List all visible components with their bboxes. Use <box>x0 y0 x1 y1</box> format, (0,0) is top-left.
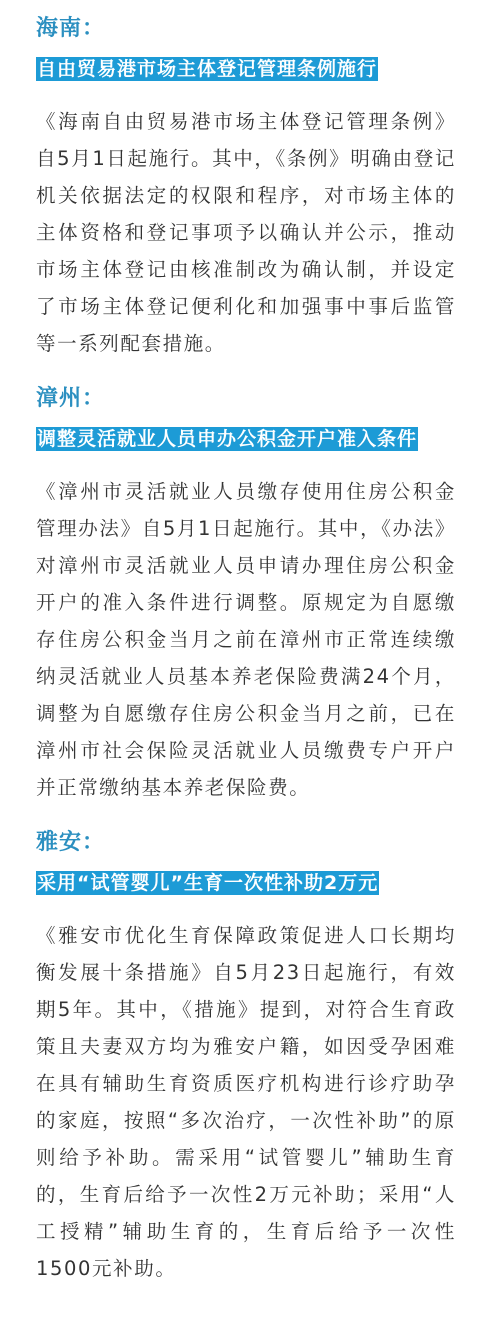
subtitle-wrap: 自由贸易港市场主体登记管理条例施行 <box>36 56 456 83</box>
section-hainan: 海南： 自由贸易港市场主体登记管理条例施行 《海南自由贸易港市场主体登记管理条例… <box>36 0 456 362</box>
section-paragraph: 《漳州市灵活就业人员缴存使用住房公积金管理办法》自5月1日起施行。其中，《办法》… <box>36 473 456 806</box>
subtitle-wrap: 采用“试管婴儿”生育一次性补助2万元 <box>36 870 456 897</box>
subtitle-wrap: 调整灵活就业人员申办公积金开户准入条件 <box>36 426 456 453</box>
city-label: 海南： <box>36 14 456 44</box>
highlighted-subtitle: 自由贸易港市场主体登记管理条例施行 <box>36 57 378 81</box>
city-label: 漳州： <box>36 384 456 414</box>
city-label: 雅安： <box>36 828 456 858</box>
section-yaan: 雅安： 采用“试管婴儿”生育一次性补助2万元 《雅安市优化生育保障政策促进人口长… <box>36 828 456 1287</box>
highlighted-subtitle: 采用“试管婴儿”生育一次性补助2万元 <box>36 871 379 895</box>
section-paragraph: 《雅安市优化生育保障政策促进人口长期均衡发展十条措施》自5月23日起施行，有效期… <box>36 917 456 1287</box>
section-zhangzhou: 漳州： 调整灵活就业人员申办公积金开户准入条件 《漳州市灵活就业人员缴存使用住房… <box>36 384 456 806</box>
highlighted-subtitle: 调整灵活就业人员申办公积金开户准入条件 <box>36 427 418 451</box>
article-body: 海南： 自由贸易港市场主体登记管理条例施行 《海南自由贸易港市场主体登记管理条例… <box>0 0 492 1287</box>
section-paragraph: 《海南自由贸易港市场主体登记管理条例》自5月1日起施行。其中，《条例》明确由登记… <box>36 103 456 362</box>
